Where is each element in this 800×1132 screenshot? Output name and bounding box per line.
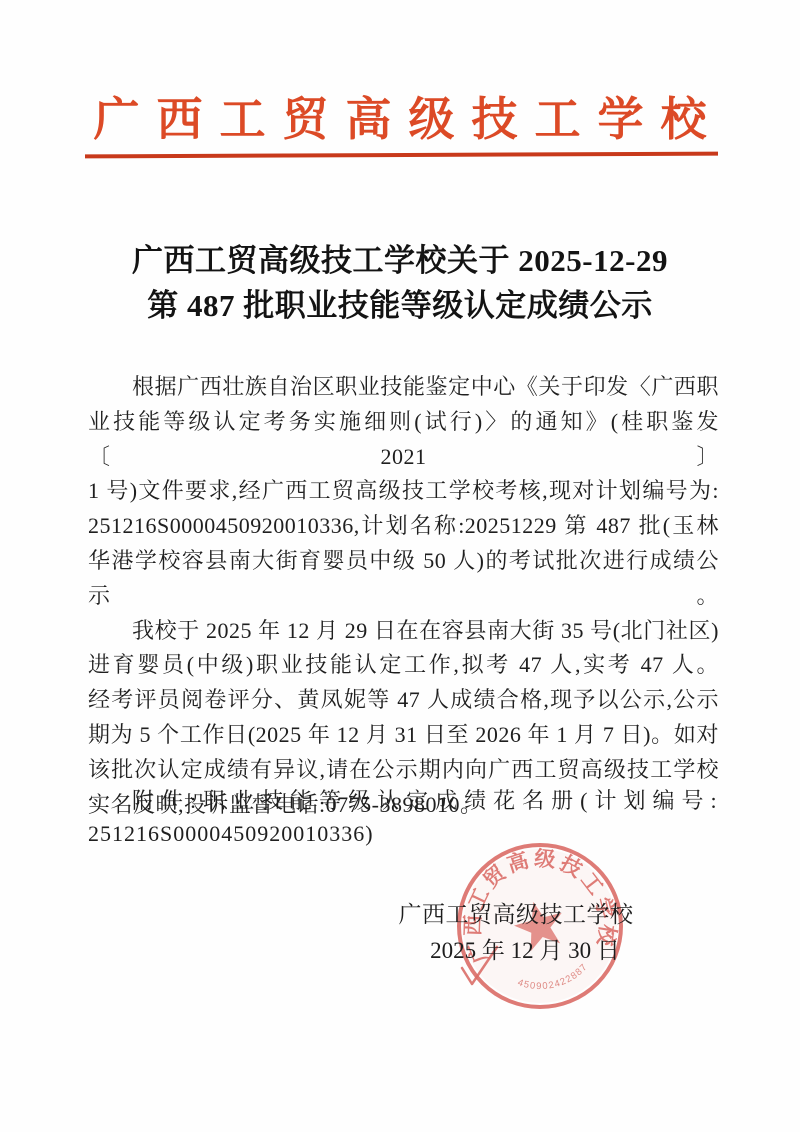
signature-date: 2025 年 12 月 30 日 — [380, 932, 670, 965]
body-line: 根据广西壮族自治区职业技能鉴定中心《关于印发〈广西职 — [88, 370, 719, 405]
body-line: 华港学校容县南大街育婴员中级 50 人)的考试批次进行成绩公示。 — [88, 544, 719, 614]
notice-body: 根据广西壮族自治区职业技能鉴定中心《关于印发〈广西职 业技能等级认定考务实施细则… — [88, 370, 719, 822]
body-line: 1 号)文件要求,经广西工贸高级技工学校考核,现对计划编号为: — [88, 474, 719, 509]
notice-title-line2: 第 487 批职业技能等级认定成绩公示 — [0, 283, 800, 328]
body-line: 期为 5 个工作日(2025 年 12 月 31 日至 2026 年 1 月 7… — [88, 718, 719, 753]
masthead-rule — [85, 152, 718, 159]
notice-title-line1: 广西工贸高级技工学校关于 2025-12-29 — [0, 238, 800, 283]
attachment-line: 附件:职业技能等级认定成绩花名册(计划编号: — [88, 784, 719, 817]
scanned-notice-page: 广西工贸高级技工学校 广西工贸高级技工学校关于 2025-12-29 第 487… — [0, 0, 800, 1132]
body-line: 251216S0000450920010336,计划名称:20251229 第 … — [88, 509, 719, 544]
body-line: 我校于 2025 年 12 月 29 日在在容县南大街 35 号(北门社区) — [88, 614, 719, 649]
signature-school-name: 广西工贸高级技工学校 — [376, 896, 656, 929]
body-line: 该批次认定成绩有异议,请在公示期内向广西工贸高级技工学校 — [88, 753, 719, 788]
body-line: 经考评员阅卷评分、黄凤妮等 47 人成绩合格,现予以公示,公示 — [88, 683, 719, 718]
body-line: 进育婴员(中级)职业技能认定工作,拟考 47 人,实考 47 人。 — [88, 648, 719, 683]
notice-title: 广西工贸高级技工学校关于 2025-12-29 第 487 批职业技能等级认定成… — [0, 238, 800, 328]
school-masthead: 广西工贸高级技工学校 — [0, 92, 800, 148]
body-line: 业技能等级认定考务实施细则(试行)〉的通知》(桂职鉴发〔2021〕 — [88, 405, 719, 475]
